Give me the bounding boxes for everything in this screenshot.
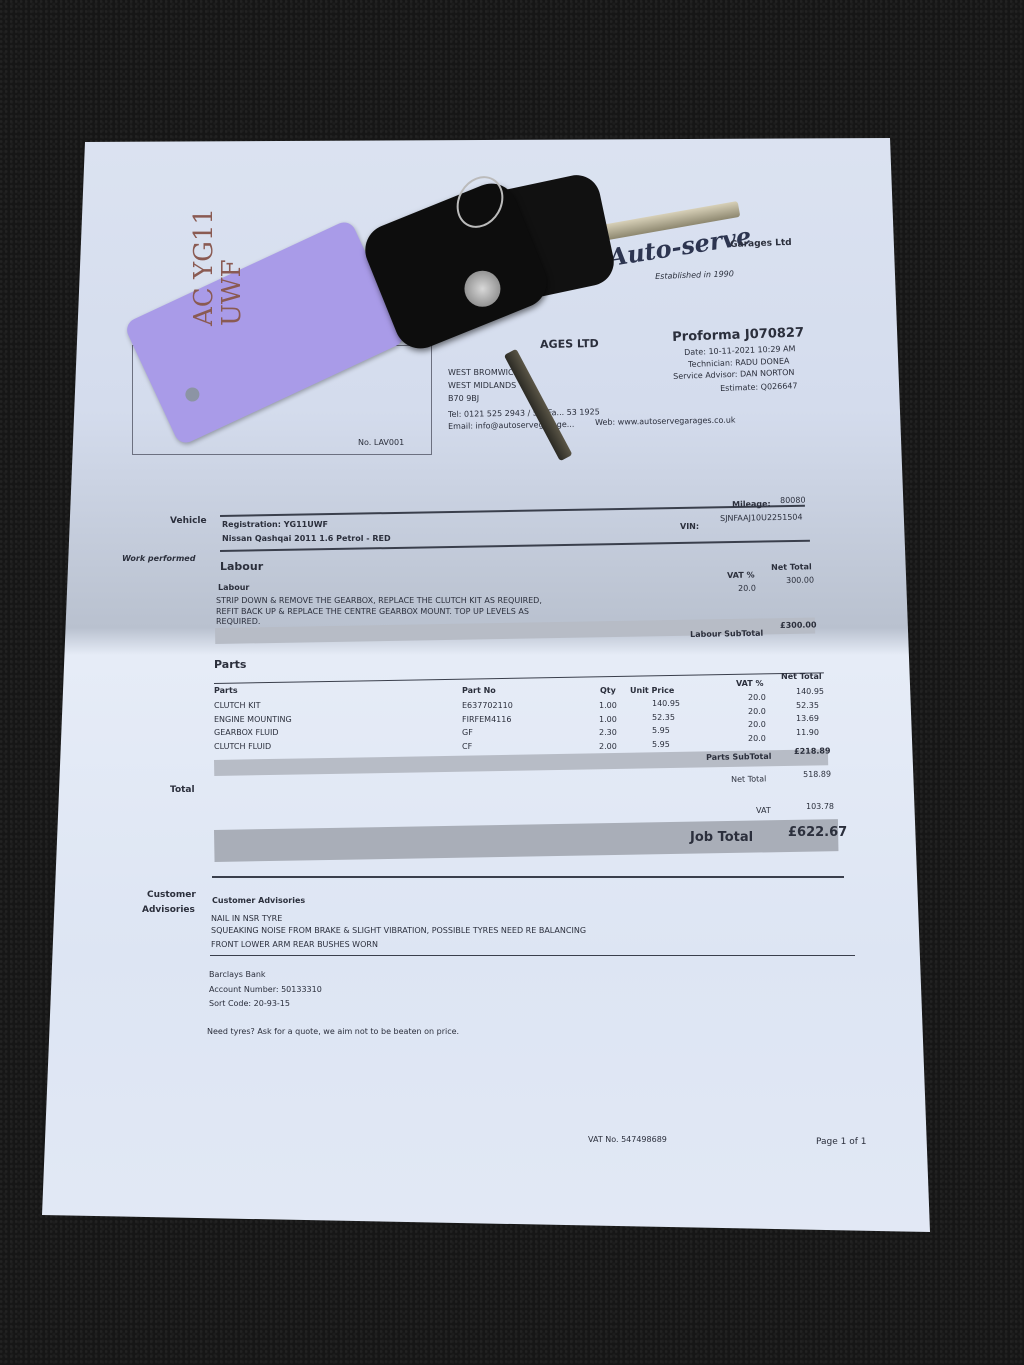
key-blade-icon	[504, 349, 573, 462]
parts-cell-part-no: FIRFEM4116	[462, 715, 511, 724]
vat-number: VAT No. 547498689	[588, 1135, 667, 1144]
nissan-logo-icon	[459, 265, 506, 312]
job-total-value: £622.67	[788, 825, 847, 840]
parts-cell-name: GEARBOX FLUID	[214, 728, 278, 737]
car-keys	[370, 175, 750, 475]
parts-col-partno: Part No	[462, 686, 496, 695]
parts-cell-qty: 1.00	[599, 701, 617, 710]
vat-label: VAT	[756, 806, 771, 815]
bank-name: Barclays Bank	[209, 970, 266, 979]
parts-cell-qty: 1.00	[599, 715, 617, 724]
bank-sort-code: Sort Code: 20-93-15	[209, 999, 290, 1008]
parts-cell-net: 52.35	[796, 701, 819, 710]
labour-item-title: Labour	[218, 583, 249, 592]
parts-cell-part-no: GF	[462, 728, 473, 737]
advisory-item: NAIL IN NSR TYRE	[211, 914, 282, 923]
advisory-item: FRONT LOWER ARM REAR BUSHES WORN	[211, 940, 378, 949]
parts-col-qty: Qty	[600, 686, 616, 695]
labour-net: 300.00	[786, 576, 814, 585]
key-blade-icon	[600, 201, 741, 241]
page-number: Page 1 of 1	[816, 1137, 867, 1147]
parts-cell-name: CLUTCH FLUID	[214, 742, 271, 751]
job-total-label: Job Total	[690, 830, 753, 845]
parts-cell-net: 11.90	[796, 728, 819, 737]
parts-cell-unit: 5.95	[652, 740, 670, 749]
bank-account: Account Number: 50133310	[209, 985, 322, 994]
vehicle-description: Nissan Qashqai 2011 1.6 Petrol - RED	[222, 534, 391, 543]
labour-desc-1: STRIP DOWN & REMOVE THE GEARBOX, REPLACE…	[216, 596, 542, 605]
labour-col-net: Net Total	[771, 562, 812, 572]
work-performed-label: Work performed	[122, 554, 195, 563]
parts-subtotal-label: Parts SubTotal	[706, 752, 772, 762]
parts-col-name: Parts	[214, 686, 238, 695]
labour-desc-3: REQUIRED.	[216, 617, 260, 626]
parts-cell-vat: 20.0	[748, 720, 766, 729]
parts-cell-name: CLUTCH KIT	[214, 701, 261, 710]
parts-cell-name: ENGINE MOUNTING	[214, 715, 292, 724]
labour-heading: Labour	[220, 560, 263, 573]
parts-cell-vat: 20.0	[748, 707, 766, 716]
labour-desc-2: REFIT BACK UP & REPLACE THE CENTRE GEARB…	[216, 607, 529, 616]
vehicle-mileage-label: Mileage:	[732, 499, 771, 509]
divider	[212, 876, 844, 878]
labour-subtotal-label: Labour SubTotal	[690, 629, 763, 639]
parts-cell-part-no: E637702110	[462, 701, 513, 710]
labour-vat: 20.0	[738, 584, 756, 593]
total-section-label: Total	[170, 785, 195, 795]
parts-cell-net: 13.69	[796, 714, 819, 723]
parts-col-vat: VAT %	[736, 679, 763, 688]
divider	[210, 955, 855, 956]
labour-col-vat: VAT %	[727, 571, 755, 580]
parts-subtotal: £218.89	[794, 746, 831, 756]
parts-cell-vat: 20.0	[748, 734, 766, 743]
vehicle-registration: Registration: YG11UWF	[222, 520, 328, 529]
labour-subtotal: £300.00	[780, 620, 817, 630]
advisories-section-label-1: Customer	[147, 890, 196, 900]
vehicle-vin-label: VIN:	[680, 522, 699, 531]
vehicle-section-label: Vehicle	[170, 516, 207, 526]
tag-hole	[183, 385, 202, 404]
parts-cell-unit: 52.35	[652, 713, 675, 722]
net-total-value: 518.89	[803, 770, 831, 779]
parts-cell-vat: 20.0	[748, 693, 766, 702]
parts-col-unit: Unit Price	[630, 686, 674, 695]
advisories-section-label-2: Advisories	[142, 905, 195, 915]
vehicle-vin: SJNFAAJ10U2251504	[720, 513, 803, 523]
parts-heading: Parts	[214, 658, 246, 671]
tagline: Need tyres? Ask for a quote, we aim not …	[207, 1027, 459, 1036]
parts-cell-qty: 2.00	[599, 742, 617, 751]
parts-cell-unit: 5.95	[652, 726, 670, 735]
invoice-photo: Auto-serve Garages Ltd Established in 19…	[0, 0, 1024, 1365]
net-total-label: Net Total	[731, 774, 766, 784]
parts-cell-qty: 2.30	[599, 728, 617, 737]
parts-cell-unit: 140.95	[652, 699, 680, 708]
parts-col-net: Net Total	[781, 672, 822, 681]
vehicle-mileage: 80080	[780, 496, 806, 505]
key-tag-handwriting: AC YG11 UWF	[190, 136, 246, 326]
parts-cell-net: 140.95	[796, 687, 824, 696]
advisories-heading: Customer Advisories	[212, 896, 305, 905]
parts-cell-part-no: CF	[462, 742, 472, 751]
advisory-item: SQUEAKING NOISE FROM BRAKE & SLIGHT VIBR…	[211, 926, 586, 935]
vat-value: 103.78	[806, 802, 834, 811]
